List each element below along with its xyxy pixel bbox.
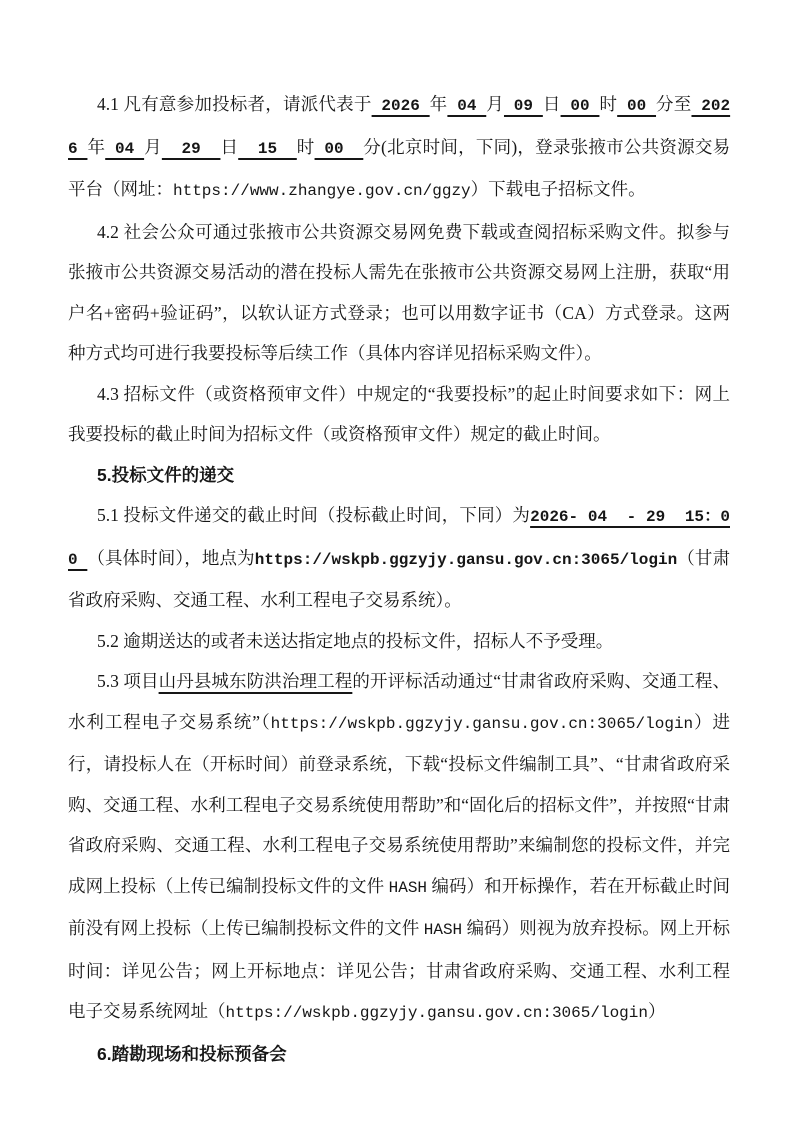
start-minute-field: 00 bbox=[617, 97, 656, 115]
text-segment: 5.2 逾期送达的或者未送达指定地点的投标文件，招标人不予受理。 bbox=[97, 631, 613, 651]
text-segment: 5.3 项目 bbox=[97, 671, 159, 691]
text-segment: 4.2 社会公众可通过张掖市公共资源交易网免费下载或查阅招标采购文件。拟参与张掖… bbox=[68, 222, 730, 364]
text-segment: 时 bbox=[297, 137, 315, 157]
text-segment: 4.1 凡有意参加投标者，请派代表于 bbox=[97, 94, 372, 114]
heading-5-bid-submission: 5.投标文件的递交 bbox=[68, 455, 730, 496]
url-gansu-trading-system: https://wskpb.ggzyjy.gansu.gov.cn:3065/l… bbox=[226, 1004, 648, 1022]
text-segment: 月 bbox=[486, 94, 504, 114]
para-5-1-deadline: 5.1 投标文件递交的截止时间（投标截止时间，下同）为2026- 04 - 29… bbox=[68, 495, 730, 621]
heading-6-site-visit: 6.踏勘现场和投标预备会 bbox=[68, 1034, 730, 1075]
text-segment: 年 bbox=[87, 137, 105, 157]
text-segment: 5.1 投标文件递交的截止时间（投标截止时间，下同）为 bbox=[97, 505, 530, 525]
text-segment: 分至 bbox=[656, 94, 691, 114]
url-gansu-trading-system: https://wskpb.ggzyjy.gansu.gov.cn:3065/l… bbox=[271, 715, 693, 733]
text-segment: 日 bbox=[220, 137, 238, 157]
text-segment: 年 bbox=[430, 94, 448, 114]
start-day-field: 09 bbox=[504, 97, 543, 115]
text-segment: 时 bbox=[599, 94, 617, 114]
para-4-1-download-period: 4.1 凡有意参加投标者，请派代表于 2026 年 04 月 09 日 00 时… bbox=[68, 84, 730, 212]
hash-code-label: HASH bbox=[424, 921, 462, 939]
para-4-3-bid-intent-time: 4.3 招标文件（或资格预审文件）中规定的“我要投标”的起止时间要求如下：网上我… bbox=[68, 374, 730, 455]
text-segment: ） bbox=[648, 1001, 666, 1021]
text-segment: 4.3 招标文件（或资格预审文件）中规定的“我要投标”的起止时间要求如下：网上我… bbox=[68, 384, 730, 445]
end-hour-field: 15 bbox=[238, 140, 297, 158]
section-5-title: 5.投标文件的递交 bbox=[97, 465, 234, 485]
text-segment: ）下载电子招标文件。 bbox=[471, 179, 646, 199]
document-page: 4.1 凡有意参加投标者，请派代表于 2026 年 04 月 09 日 00 时… bbox=[0, 0, 793, 1122]
end-month-field: 04 bbox=[105, 140, 144, 158]
document-body: 4.1 凡有意参加投标者，请派代表于 2026 年 04 月 09 日 00 时… bbox=[68, 84, 730, 1074]
start-hour-field: 00 bbox=[561, 97, 600, 115]
hash-code-label: HASH bbox=[389, 879, 427, 897]
para-5-3-opening-evaluation: 5.3 项目山丹县城东防洪治理工程的开评标活动通过“甘肃省政府采购、交通工程、水… bbox=[68, 661, 730, 1034]
end-day-field: 29 bbox=[162, 140, 221, 158]
project-name: 山丹县城东防洪治理工程 bbox=[159, 671, 353, 691]
url-zhangye-platform: https://www.zhangye.gov.cn/ggzy bbox=[173, 182, 471, 200]
text-segment: 日 bbox=[543, 94, 561, 114]
para-5-2-late-submission: 5.2 逾期送达的或者未送达指定地点的投标文件，招标人不予受理。 bbox=[68, 621, 730, 662]
text-segment: （具体时间），地点为 bbox=[87, 548, 254, 568]
url-gansu-trading-system: https://wskpb.ggzyjy.gansu.gov.cn:3065/l… bbox=[255, 551, 677, 569]
text-segment: ）进行，请投标人在（开标时间）前登录系统，下载“投标文件编制工具”、“甘肃省政府… bbox=[68, 712, 730, 896]
end-minute-field: 00 bbox=[315, 140, 364, 158]
section-6-title: 6.踏勘现场和投标预备会 bbox=[97, 1044, 287, 1064]
start-month-field: 04 bbox=[447, 97, 486, 115]
text-segment: 月 bbox=[144, 137, 162, 157]
start-year-field: 2026 bbox=[372, 97, 430, 115]
para-4-2-public-access: 4.2 社会公众可通过张掖市公共资源交易网免费下载或查阅招标采购文件。拟参与张掖… bbox=[68, 212, 730, 374]
